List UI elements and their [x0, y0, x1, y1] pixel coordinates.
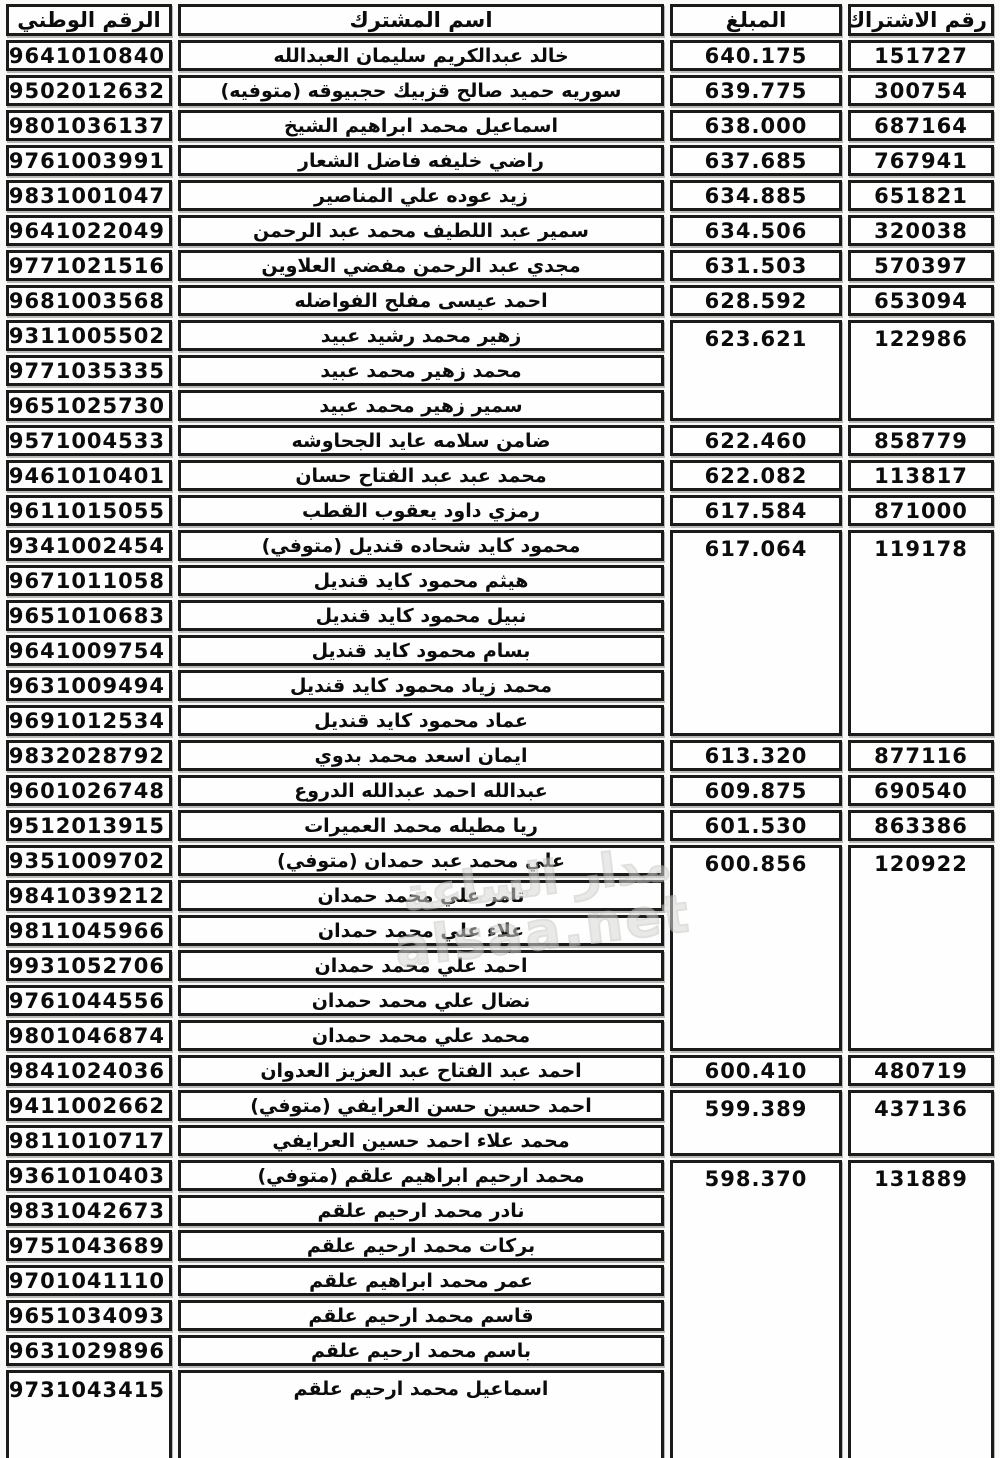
subscriber-name-cell: احمد حسين حسن العرايفي (متوفي)	[178, 1090, 664, 1121]
table-row: قاسم محمد ارحيم علقم9651034093	[6, 1300, 994, 1331]
amount-cell: 638.000	[670, 110, 842, 141]
subscription-number-cell: 120922	[848, 845, 994, 1051]
table-row: محمد زهير محمد عبيد9771035335	[6, 355, 994, 386]
subscriber-name-cell: سوريه حميد صالح قزبيك حجبيوقه (متوفيه)	[178, 75, 664, 106]
subscriber-name-cell: رمزي داود يعقوب القطب	[178, 495, 664, 526]
national-id-cell: 9681003568	[6, 285, 172, 316]
national-id-cell: 9651034093	[6, 1300, 172, 1331]
amount-cell: 599.389	[670, 1090, 842, 1156]
table-row: احمد علي محمد حمدان9931052706	[6, 950, 994, 981]
subscriber-name-cell: ريا مطيله محمد العميرات	[178, 810, 664, 841]
amount-cell: 598.370	[670, 1160, 842, 1458]
table-row: 131889598.370محمد ارحيم ابراهيم علقم (مت…	[6, 1160, 994, 1191]
national-id-cell: 9651010683	[6, 600, 172, 631]
subscriber-name-cell: سمير عبد اللطيف محمد عبد الرحمن	[178, 215, 664, 246]
subscriber-name-cell: محمد زياد محمود كايد قنديل	[178, 670, 664, 701]
national-id-cell: 9731043415	[6, 1370, 172, 1458]
national-id-cell: 9771035335	[6, 355, 172, 386]
national-id-cell: 9841039212	[6, 880, 172, 911]
amount-cell: 637.685	[670, 145, 842, 176]
national-id-cell: 9691012534	[6, 705, 172, 736]
table-row: 151727640.175خالد عبدالكريم سليمان العبد…	[6, 40, 994, 71]
subscription-number-cell: 871000	[848, 495, 994, 526]
national-id-cell: 9611015055	[6, 495, 172, 526]
national-id-cell: 9771021516	[6, 250, 172, 281]
subscriber-name-cell: ضامن سلامه عايد الجحاوشه	[178, 425, 664, 456]
table-row: 120922600.856علي محمد عبد حمدان (متوفي)9…	[6, 845, 994, 876]
subscriber-name-cell: علاء علي محمد حمدان	[178, 915, 664, 946]
subscriber-name-cell: محمود كايد شحاده قنديل (متوفي)	[178, 530, 664, 561]
subscription-number-cell: 651821	[848, 180, 994, 211]
table-row: نبيل محمود كايد قنديل9651010683	[6, 600, 994, 631]
table-row: 653094628.592احمد عيسى مفلح الفواضله9681…	[6, 285, 994, 316]
subscriber-name-cell: عمر محمد ابراهيم علقم	[178, 1265, 664, 1296]
table-row: سمير زهير محمد عبيد9651025730	[6, 390, 994, 421]
national-id-cell: 9461010401	[6, 460, 172, 491]
subscriber-name-cell: زيد عوده علي المناصير	[178, 180, 664, 211]
subscriber-name-cell: محمد علاء احمد حسين العرايفي	[178, 1125, 664, 1156]
national-id-cell: 9502012632	[6, 75, 172, 106]
national-id-cell: 9641010840	[6, 40, 172, 71]
table-row: بركات محمد ارحيم علقم9751043689	[6, 1230, 994, 1261]
subscription-number-cell: 119178	[848, 530, 994, 736]
subscription-number-cell: 570397	[848, 250, 994, 281]
subscriber-name-cell: هيثم محمود كايد قنديل	[178, 565, 664, 596]
subscriber-name-cell: قاسم محمد ارحيم علقم	[178, 1300, 664, 1331]
subscriber-name-cell: محمد عبد عبد الفتاح حسان	[178, 460, 664, 491]
national-id-cell: 9411002662	[6, 1090, 172, 1121]
national-id-cell: 9571004533	[6, 425, 172, 456]
subscription-number-cell: 151727	[848, 40, 994, 71]
national-id-cell: 9631029896	[6, 1335, 172, 1366]
table-row: 113817622.082محمد عبد عبد الفتاح حسان946…	[6, 460, 994, 491]
amount-cell: 622.082	[670, 460, 842, 491]
amount-cell: 613.320	[670, 740, 842, 771]
table-row: 437136599.389احمد حسين حسن العرايفي (متو…	[6, 1090, 994, 1121]
national-id-cell: 9811045966	[6, 915, 172, 946]
subscription-number-cell: 122986	[848, 320, 994, 421]
subscribers-table: رقم الاشتراك المبلغ اسم المشترك الرقم ال…	[0, 0, 1000, 1458]
table-row: علاء علي محمد حمدان9811045966	[6, 915, 994, 946]
amount-cell: 631.503	[670, 250, 842, 281]
subscription-number-cell: 437136	[848, 1090, 994, 1156]
table-row: 687164638.000اسماعيل محمد ابراهيم الشيخ9…	[6, 110, 994, 141]
amount-cell: 622.460	[670, 425, 842, 456]
subscriber-name-cell: سمير زهير محمد عبيد	[178, 390, 664, 421]
scanned-document-page: رقم الاشتراك المبلغ اسم المشترك الرقم ال…	[0, 0, 1000, 1458]
national-id-cell: 9831042673	[6, 1195, 172, 1226]
amount-cell: 600.410	[670, 1055, 842, 1086]
table-row: 877116613.320ايمان اسعد محمد بدوي9832028…	[6, 740, 994, 771]
table-row: محمد زياد محمود كايد قنديل9631009494	[6, 670, 994, 701]
amount-cell: 617.584	[670, 495, 842, 526]
table-row: عماد محمود كايد قنديل9691012534	[6, 705, 994, 736]
national-id-cell: 9361010403	[6, 1160, 172, 1191]
national-id-cell: 9311005502	[6, 320, 172, 351]
national-id-cell: 9801046874	[6, 1020, 172, 1051]
header-subscriber-name: اسم المشترك	[178, 4, 664, 36]
national-id-cell: 9641009754	[6, 635, 172, 666]
table-row: 570397631.503مجدي عبد الرحمن مفضي العلاو…	[6, 250, 994, 281]
amount-cell: 634.885	[670, 180, 842, 211]
national-id-cell: 9801036137	[6, 110, 172, 141]
subscriber-name-cell: محمد زهير محمد عبيد	[178, 355, 664, 386]
national-id-cell: 9341002454	[6, 530, 172, 561]
table-row: محمد علي محمد حمدان9801046874	[6, 1020, 994, 1051]
subscription-number-cell: 863386	[848, 810, 994, 841]
amount-cell: 609.875	[670, 775, 842, 806]
national-id-cell: 9841024036	[6, 1055, 172, 1086]
national-id-cell: 9512013915	[6, 810, 172, 841]
header-subscription-number: رقم الاشتراك	[848, 4, 994, 36]
header-national-id: الرقم الوطني	[6, 4, 172, 36]
national-id-cell: 9651025730	[6, 390, 172, 421]
subscription-number-cell: 480719	[848, 1055, 994, 1086]
amount-cell: 639.775	[670, 75, 842, 106]
table-row: 651821634.885زيد عوده علي المناصير983100…	[6, 180, 994, 211]
national-id-cell: 9671011058	[6, 565, 172, 596]
subscriber-name-cell: مجدي عبد الرحمن مفضي العلاوين	[178, 250, 664, 281]
amount-cell: 628.592	[670, 285, 842, 316]
subscription-number-cell: 690540	[848, 775, 994, 806]
subscriber-name-cell: باسم محمد ارحيم علقم	[178, 1335, 664, 1366]
subscriber-name-cell: بسام محمود كايد قنديل	[178, 635, 664, 666]
table-row: 320038634.506سمير عبد اللطيف محمد عبد ال…	[6, 215, 994, 246]
table-row: اسماعيل محمد ارحيم علقم9731043415	[6, 1370, 994, 1458]
subscriber-name-cell: محمد علي محمد حمدان	[178, 1020, 664, 1051]
subscriber-name-cell: اسماعيل محمد ابراهيم الشيخ	[178, 110, 664, 141]
table-header-row: رقم الاشتراك المبلغ اسم المشترك الرقم ال…	[6, 4, 994, 36]
subscription-number-cell: 858779	[848, 425, 994, 456]
table-row: 871000617.584رمزي داود يعقوب القطب961101…	[6, 495, 994, 526]
table-row: نادر محمد ارحيم علقم9831042673	[6, 1195, 994, 1226]
national-id-cell: 9751043689	[6, 1230, 172, 1261]
table-row: محمد علاء احمد حسين العرايفي9811010717	[6, 1125, 994, 1156]
subscription-number-cell: 131889	[848, 1160, 994, 1458]
subscriber-name-cell: نضال علي محمد حمدان	[178, 985, 664, 1016]
subscription-number-cell: 877116	[848, 740, 994, 771]
subscriber-name-cell: تامر علي محمد حمدان	[178, 880, 664, 911]
national-id-cell: 9631009494	[6, 670, 172, 701]
subscription-number-cell: 653094	[848, 285, 994, 316]
national-id-cell: 9761044556	[6, 985, 172, 1016]
subscriber-name-cell: محمد ارحيم ابراهيم علقم (متوفي)	[178, 1160, 664, 1191]
subscriber-name-cell: بركات محمد ارحيم علقم	[178, 1230, 664, 1261]
table-row: عمر محمد ابراهيم علقم9701041110	[6, 1265, 994, 1296]
national-id-cell: 9761003991	[6, 145, 172, 176]
subscriber-name-cell: احمد علي محمد حمدان	[178, 950, 664, 981]
amount-cell: 617.064	[670, 530, 842, 736]
table-row: بسام محمود كايد قنديل9641009754	[6, 635, 994, 666]
national-id-cell: 9811010717	[6, 1125, 172, 1156]
table-row: 690540609.875عبدالله احمد عبدالله الدروع…	[6, 775, 994, 806]
table-row: باسم محمد ارحيم علقم9631029896	[6, 1335, 994, 1366]
amount-cell: 623.621	[670, 320, 842, 421]
table-row: 863386601.530ريا مطيله محمد العميرات9512…	[6, 810, 994, 841]
subscriber-name-cell: نبيل محمود كايد قنديل	[178, 600, 664, 631]
subscriber-name-cell: عبدالله احمد عبدالله الدروع	[178, 775, 664, 806]
subscriber-name-cell: نادر محمد ارحيم علقم	[178, 1195, 664, 1226]
table-row: 858779622.460ضامن سلامه عايد الجحاوشه957…	[6, 425, 994, 456]
national-id-cell: 9641022049	[6, 215, 172, 246]
table-row: 767941637.685راضي خليفه فاضل الشعار97610…	[6, 145, 994, 176]
subscriber-name-cell: علي محمد عبد حمدان (متوفي)	[178, 845, 664, 876]
national-id-cell: 9832028792	[6, 740, 172, 771]
table-row: 122986623.621زهير محمد رشيد عبيد93110055…	[6, 320, 994, 351]
amount-cell: 601.530	[670, 810, 842, 841]
table-row: هيثم محمود كايد قنديل9671011058	[6, 565, 994, 596]
subscriber-name-cell: راضي خليفه فاضل الشعار	[178, 145, 664, 176]
national-id-cell: 9701041110	[6, 1265, 172, 1296]
subscriber-name-cell: اسماعيل محمد ارحيم علقم	[178, 1370, 664, 1458]
subscription-number-cell: 320038	[848, 215, 994, 246]
subscriber-name-cell: عماد محمود كايد قنديل	[178, 705, 664, 736]
national-id-cell: 9931052706	[6, 950, 172, 981]
table-row: 119178617.064محمود كايد شحاده قنديل (متو…	[6, 530, 994, 561]
national-id-cell: 9601026748	[6, 775, 172, 806]
subscription-number-cell: 687164	[848, 110, 994, 141]
subscriber-name-cell: خالد عبدالكريم سليمان العبدالله	[178, 40, 664, 71]
amount-cell: 640.175	[670, 40, 842, 71]
subscription-number-cell: 767941	[848, 145, 994, 176]
header-amount: المبلغ	[670, 4, 842, 36]
table-row: 300754639.775سوريه حميد صالح قزبيك حجبيو…	[6, 75, 994, 106]
table-row: نضال علي محمد حمدان9761044556	[6, 985, 994, 1016]
table-row: 480719600.410احمد عبد الفتاح عبد العزيز …	[6, 1055, 994, 1086]
subscriber-name-cell: ايمان اسعد محمد بدوي	[178, 740, 664, 771]
national-id-cell: 9831001047	[6, 180, 172, 211]
amount-cell: 634.506	[670, 215, 842, 246]
amount-cell: 600.856	[670, 845, 842, 1051]
subscriber-name-cell: احمد عيسى مفلح الفواضله	[178, 285, 664, 316]
subscription-number-cell: 300754	[848, 75, 994, 106]
subscriber-name-cell: احمد عبد الفتاح عبد العزيز العدوان	[178, 1055, 664, 1086]
national-id-cell: 9351009702	[6, 845, 172, 876]
table-row: تامر علي محمد حمدان9841039212	[6, 880, 994, 911]
subscriber-name-cell: زهير محمد رشيد عبيد	[178, 320, 664, 351]
subscription-number-cell: 113817	[848, 460, 994, 491]
